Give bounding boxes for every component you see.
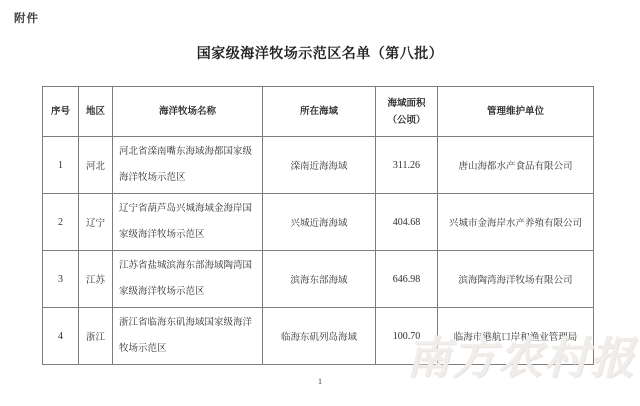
page-number: 1 <box>0 376 640 386</box>
cell-ranch-name: 辽宁省葫芦岛兴城海域金海岸国家级海洋牧场示范区 <box>113 194 263 251</box>
header-area-line2: （公顷） <box>379 112 434 129</box>
attachment-label: 附件 <box>14 10 39 26</box>
cell-no: 1 <box>43 137 79 194</box>
cell-region: 浙江 <box>79 308 113 365</box>
cell-unit: 滨海陶湾海洋牧场有限公司 <box>438 251 594 308</box>
cell-area-value: 100.70 <box>376 308 438 365</box>
document-page: 附件 国家级海洋牧场示范区名单（第八批） 序号 地区 海洋牧场名称 所在海域 海… <box>0 0 640 406</box>
cell-sea-area: 临海东矶列岛海域 <box>263 308 376 365</box>
document-title: 国家级海洋牧场示范区名单（第八批） <box>0 43 640 63</box>
cell-area-value: 404.68 <box>376 194 438 251</box>
header-region: 地区 <box>79 87 113 137</box>
cell-ranch-name: 浙江省临海东矶海域国家级海洋牧场示范区 <box>113 308 263 365</box>
cell-area-value: 311.26 <box>376 137 438 194</box>
header-sea-area: 所在海域 <box>263 87 376 137</box>
cell-no: 4 <box>43 308 79 365</box>
cell-region: 河北 <box>79 137 113 194</box>
cell-sea-area: 滦南近海海域 <box>263 137 376 194</box>
header-unit: 管理维护单位 <box>438 87 594 137</box>
cell-unit: 临海市港航口岸和渔业管理局 <box>438 308 594 365</box>
cell-area-value: 646.98 <box>376 251 438 308</box>
cell-unit: 兴城市金海岸水产养殖有限公司 <box>438 194 594 251</box>
cell-sea-area: 滨海东部海域 <box>263 251 376 308</box>
cell-no: 2 <box>43 194 79 251</box>
header-no: 序号 <box>43 87 79 137</box>
cell-sea-area: 兴城近海海域 <box>263 194 376 251</box>
table-row: 4 浙江 浙江省临海东矶海域国家级海洋牧场示范区 临海东矶列岛海域 100.70… <box>43 308 594 365</box>
cell-ranch-name: 河北省滦南嘴东海域海都国家级海洋牧场示范区 <box>113 137 263 194</box>
cell-ranch-name: 江苏省盐城滨海东部海域陶湾国家级海洋牧场示范区 <box>113 251 263 308</box>
table-row: 2 辽宁 辽宁省葫芦岛兴城海域金海岸国家级海洋牧场示范区 兴城近海海域 404.… <box>43 194 594 251</box>
table-header-row: 序号 地区 海洋牧场名称 所在海域 海域面积 （公顷） 管理维护单位 <box>43 87 594 137</box>
header-area: 海域面积 （公顷） <box>376 87 438 137</box>
cell-region: 江苏 <box>79 251 113 308</box>
table-row: 3 江苏 江苏省盐城滨海东部海域陶湾国家级海洋牧场示范区 滨海东部海域 646.… <box>43 251 594 308</box>
header-name: 海洋牧场名称 <box>113 87 263 137</box>
header-area-line1: 海域面积 <box>379 95 434 112</box>
table-row: 1 河北 河北省滦南嘴东海域海都国家级海洋牧场示范区 滦南近海海域 311.26… <box>43 137 594 194</box>
marine-ranch-table: 序号 地区 海洋牧场名称 所在海域 海域面积 （公顷） 管理维护单位 1 河北 … <box>42 86 594 365</box>
cell-unit: 唐山海都水产食品有限公司 <box>438 137 594 194</box>
cell-no: 3 <box>43 251 79 308</box>
cell-region: 辽宁 <box>79 194 113 251</box>
